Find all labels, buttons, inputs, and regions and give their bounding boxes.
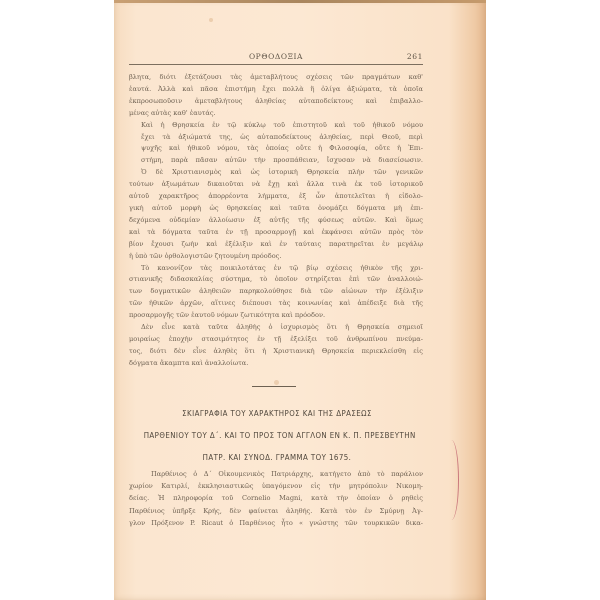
text-line: Καὶ ἡ Θρησκεία ἐν τῷ κύκλῳ τοῦ ἐπιστητοῦ…: [129, 120, 423, 132]
paragraph-continuation: βλητα, διότι ἐξετάζουσι τὰς ἀμεταβλήτους…: [129, 72, 423, 120]
body-text: βλητα, διότι ἐξετάζουσι τὰς ἀμεταβλήτους…: [129, 72, 423, 370]
text-line: στιανικῆς διδασκαλίας σύστημα, τὸ ὁποῖον…: [129, 274, 423, 286]
text-line: ἐκπροσωποῦσιν ἀμεταβλήτους ἀληθείας αὐτα…: [129, 96, 423, 108]
page-number: 261: [407, 52, 423, 61]
paragraph: Τὸ κανονίζον τὰς ποικιλοτάτας ἐν τῷ βίῳ …: [129, 263, 423, 323]
text-line: γλον Πρόξενον P. Ricaut ὁ Παρθένιος ἦτο …: [129, 517, 423, 529]
text-line: καὶ τὰ δόγματα ταῦτα ἐν τῇ προσαρμογῇ κα…: [129, 227, 423, 239]
text-line: Παρθένιος ὑπῆρξε Κρής, δὲν φαίνεται ἀληθ…: [129, 505, 423, 517]
text-line: Δὲν εἶνε κατὰ ταῦτα ἀληθὴς ὁ ἰσχυρισμὸς …: [129, 322, 423, 334]
section-title: ΣΚΙΑΓΡΑΦΙΑ ΤΟΥ ΧΑΡΑΚΤΗΡΟΣ ΚΑΙ ΤΗΣ ΔΡΑΣΕΩ…: [144, 402, 411, 468]
text-line: μοιραίως ἐποχὴν στασιμότητος ἐν τῇ ἐξελί…: [129, 334, 423, 346]
text-line: αὐτοῦ χαρακτῆρος ἀπορρέοντα λήμματα, ἐξ …: [129, 191, 423, 203]
text-line: στήμη, παρὰ πᾶσαν αὐτῶν τὴν προσπάθειαν,…: [129, 155, 423, 167]
text-line: των δογματικῶν ἀληθειῶν παρηκολούθησε δι…: [129, 286, 423, 298]
page-top-edge: [114, 0, 486, 3]
section-title-line: ΠΑΤΡ. ΚΑΙ ΣΥΝΟΔ. ΓΡΑΜΜΑ ΤΟΥ 1675.: [144, 446, 411, 468]
text-line: δεχόμενα οὐδεμίαν ἀλλοίωσιν ἐξ αὐτῆς τῆς…: [129, 215, 423, 227]
text-line: ἡ ὑπὸ τῶν ὀρθολογιστῶν ζητουμένη πρόοδος…: [129, 251, 423, 263]
text-line: χωρίον Κατιρλί, ἐκκλησιαστικῶς ὑπαγόμενο…: [129, 480, 423, 492]
section-paragraph: Παρθένιος ὁ Δ΄ Οἰκουμενικὸς Πατριάρχης, …: [129, 468, 423, 529]
text-line: τῶν ἠθικῶν ἀρχῶν, αἵτινες διέπουσι τὰς κ…: [129, 298, 423, 310]
running-header: ΟΡΘΟΔΟΞΙΑ 261: [129, 52, 423, 65]
text-line: μένας αὐτὰς καθ' ἑαυτάς.: [129, 108, 423, 120]
text-line: γικὴ αὐτοῦ μορφὴ ὡς θρησκείας καὶ ταῦτα …: [129, 203, 423, 215]
paragraph: Ὁ δὲ Χριστιανισμὸς καὶ ὡς ἱστορικὴ Θρησκ…: [129, 167, 423, 262]
text-line: προσαρμογῆς τῶν ἑαυτοῦ νόμων ζωτικότητα …: [129, 310, 423, 322]
section-title-line: ΠΑΡΘΕΝΙΟΥ ΤΟΥ Δ΄. ΚΑΙ ΤΟ ΠΡΟΣ ΤΟΝ ΑΓΓΛΟΝ…: [144, 424, 411, 446]
text-line: Ὁ δὲ Χριστιανισμὸς καὶ ὡς ἱστορικὴ Θρησκ…: [129, 167, 423, 179]
text-line: ψυχῆς καὶ ἠθικοῦ νόμου, τὰς ὁποίας οὔτε …: [129, 143, 423, 155]
paragraph: Καὶ ἡ Θρησκεία ἐν τῷ κύκλῳ τοῦ ἐπιστητοῦ…: [129, 120, 423, 168]
text-line: δείας. Ἡ πληροφορία τοῦ Cornelio Magni, …: [129, 492, 423, 504]
page-stain: [209, 18, 213, 22]
text-line: βλητα, διότι ἐξετάζουσι τὰς ἀμεταβλήτους…: [129, 72, 423, 84]
text-line: δόγματα ἄκαμπτα καὶ ἀναλλοίωτα.: [129, 358, 423, 370]
running-title: ΟΡΘΟΔΟΞΙΑ: [129, 52, 423, 61]
page-stain: [274, 380, 279, 385]
book-page: ΟΡΘΟΔΟΞΙΑ 261 βλητα, διότι ἐξετάζουσι τὰ…: [114, 0, 486, 600]
section-divider: [252, 386, 296, 387]
text-line: Τὸ κανονίζον τὰς ποικιλοτάτας ἐν τῷ βίῳ …: [129, 263, 423, 275]
text-line: ἑαυτά. Ἀλλὰ καὶ πᾶσα ἐπιστήμη ἔχει πολλὰ…: [129, 84, 423, 96]
text-line: τος, διότι δὲν εἶνε ἀληθὲς ὅτι ἡ Χριστια…: [129, 346, 423, 358]
red-pencil-mark: [444, 440, 459, 520]
text-line: Παρθένιος ὁ Δ΄ Οἰκουμενικὸς Πατριάρχης, …: [129, 468, 423, 480]
section-title-line: ΣΚΙΑΓΡΑΦΙΑ ΤΟΥ ΧΑΡΑΚΤΗΡΟΣ ΚΑΙ ΤΗΣ ΔΡΑΣΕΩ…: [144, 402, 411, 424]
text-line: βίον ἔχουσι ζωὴν καὶ ἐξέλιξιν καὶ ἐν ταύ…: [129, 239, 423, 251]
text-line: τούτων ἀξιωμάτων δικαιοῦται νὰ ἔχῃ καὶ ἄ…: [129, 179, 423, 191]
text-line: ἔχει τὰ ἀξιώματά της, ὡς αὐταποδείκτους …: [129, 132, 423, 144]
paragraph: Δὲν εἶνε κατὰ ταῦτα ἀληθὴς ὁ ἰσχυρισμὸς …: [129, 322, 423, 370]
